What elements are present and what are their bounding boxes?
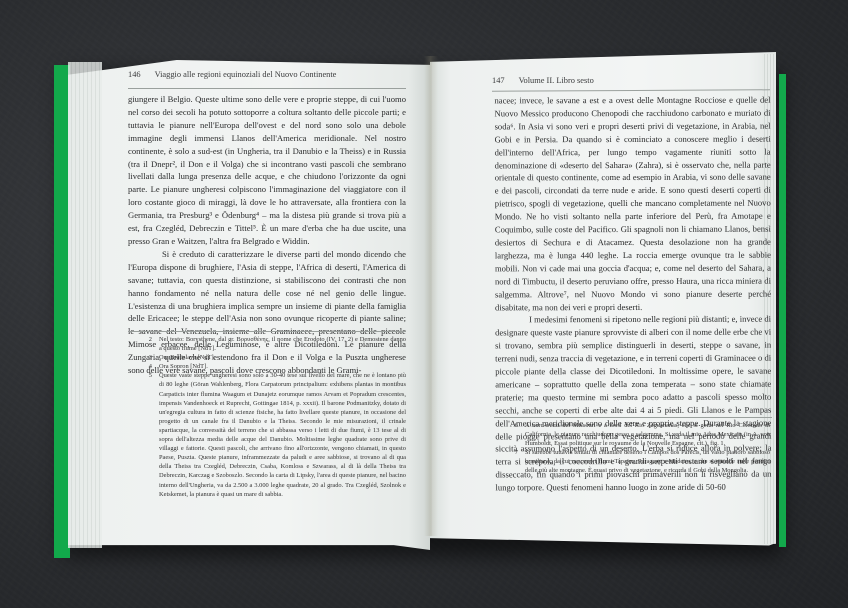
footnote: 3 Ora Bratislava [NdT].	[142, 353, 406, 362]
right-running-head: 147 Volume II. Libro sesto	[492, 76, 594, 85]
left-page-edges	[68, 62, 102, 548]
right-footnote-rule	[494, 417, 772, 418]
left-page-number: 146	[128, 70, 141, 79]
right-page-number: 147	[492, 76, 505, 85]
right-running-title: Volume II. Libro sesto	[519, 76, 594, 85]
paragraph: giungere il Belgio. Queste ultime sono d…	[128, 93, 406, 248]
photo-scene: 146 Viaggio alle regioni equinoziali del…	[0, 0, 848, 608]
right-footnotes: 6 A nord-ovest del Missouri e a nord del…	[508, 421, 770, 476]
footnote: 2 Nel testo: Borysthene, dal gr. Βορυσθέ…	[142, 335, 406, 353]
left-running-title: Viaggio alle regioni equinoziali del Nuo…	[155, 70, 337, 79]
footnote: 5 Queste vaste steppe ungheresi sono sol…	[142, 371, 406, 498]
footnote: 6 A nord-ovest del Missouri e a nord del…	[508, 421, 770, 448]
footnote: 4 Ora Sopron [NdT].	[142, 362, 406, 371]
book-gutter	[424, 56, 438, 536]
left-header-rule	[128, 88, 406, 89]
left-running-head: 146 Viaggio alle regioni equinoziali del…	[128, 70, 336, 79]
green-cover-right	[779, 74, 786, 547]
left-footnotes: 2 Nel testo: Borysthene, dal gr. Βορυσθέ…	[142, 335, 406, 499]
left-footnote-rule	[128, 331, 406, 332]
paragraph: nacee; invece, le savane a est e a ovest…	[494, 94, 771, 314]
footnote: 7 Si sarebbe tuttavia tentati di chiamar…	[508, 448, 770, 475]
